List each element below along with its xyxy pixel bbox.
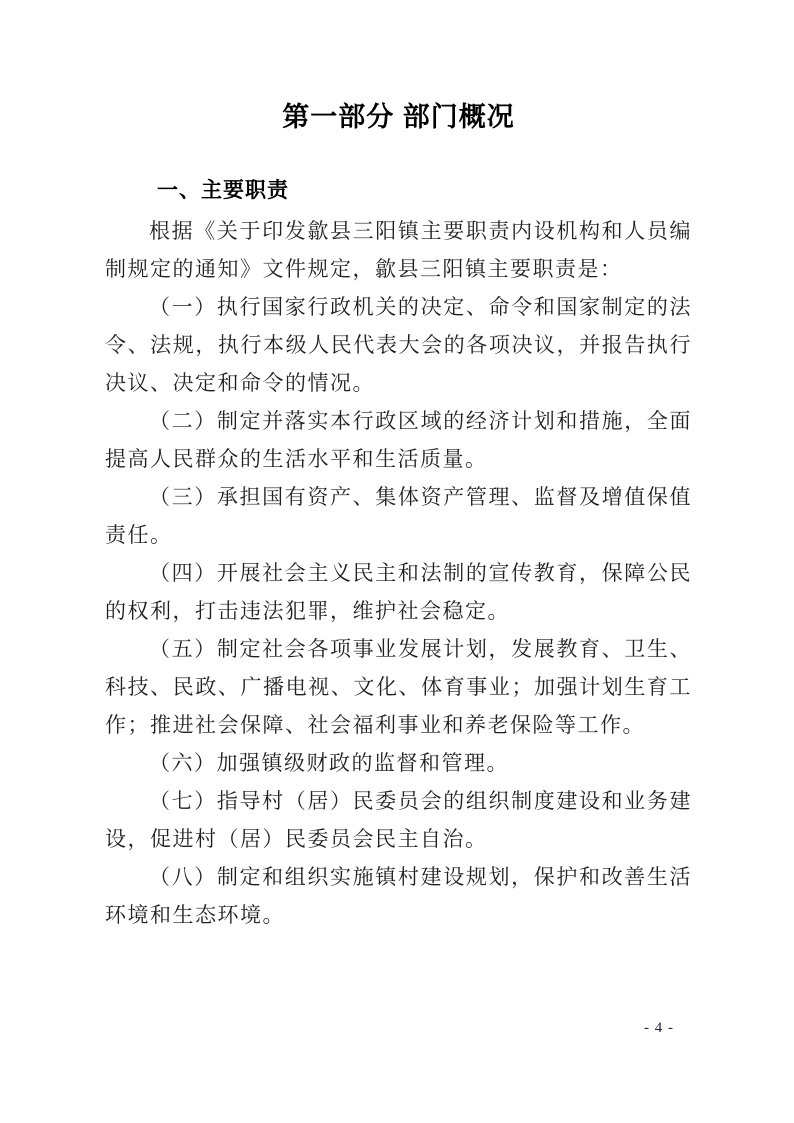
paragraph-item-3: （三）承担国有资产、集体资产管理、监督及增值保值责任。 — [105, 478, 692, 554]
paragraph-item-7: （七）指导村（居）民委员会的组织制度建设和业务建设，促进村（居）民委员会民主自治… — [105, 782, 692, 858]
page-number: - 4 - — [644, 1020, 674, 1037]
paragraph-item-8: （八）制定和组织实施镇村建设规划，保护和改善生活环境和生态环境。 — [105, 858, 692, 934]
page-content: 第一部分 部门概况 一、主要职责 根据《关于印发歙县三阳镇主要职责内设机构和人员… — [0, 0, 794, 934]
paragraph-item-1: （一）执行国家行政机关的决定、命令和国家制定的法令、法规，执行本级人民代表大会的… — [105, 288, 692, 402]
body-text: 根据《关于印发歙县三阳镇主要职责内设机构和人员编制规定的通知》文件规定，歙县三阳… — [105, 212, 692, 934]
document-title: 第一部分 部门概况 — [105, 98, 692, 136]
paragraph-item-4: （四）开展社会主义民主和法制的宣传教育，保障公民的权利，打击违法犯罪，维护社会稳… — [105, 554, 692, 630]
paragraph-item-2: （二）制定并落实本行政区域的经济计划和措施，全面提高人民群众的生活水平和生活质量… — [105, 402, 692, 478]
paragraph-item-6: （六）加强镇级财政的监督和管理。 — [105, 744, 692, 782]
paragraph-item-5: （五）制定社会各项事业发展计划，发展教育、卫生、科技、民政、广播电视、文化、体育… — [105, 630, 692, 744]
paragraph-intro: 根据《关于印发歙县三阳镇主要职责内设机构和人员编制规定的通知》文件规定，歙县三阳… — [105, 212, 692, 288]
document-page: 第一部分 部门概况 一、主要职责 根据《关于印发歙县三阳镇主要职责内设机构和人员… — [0, 0, 794, 1123]
section-heading-main-duties: 一、主要职责 — [105, 178, 692, 204]
